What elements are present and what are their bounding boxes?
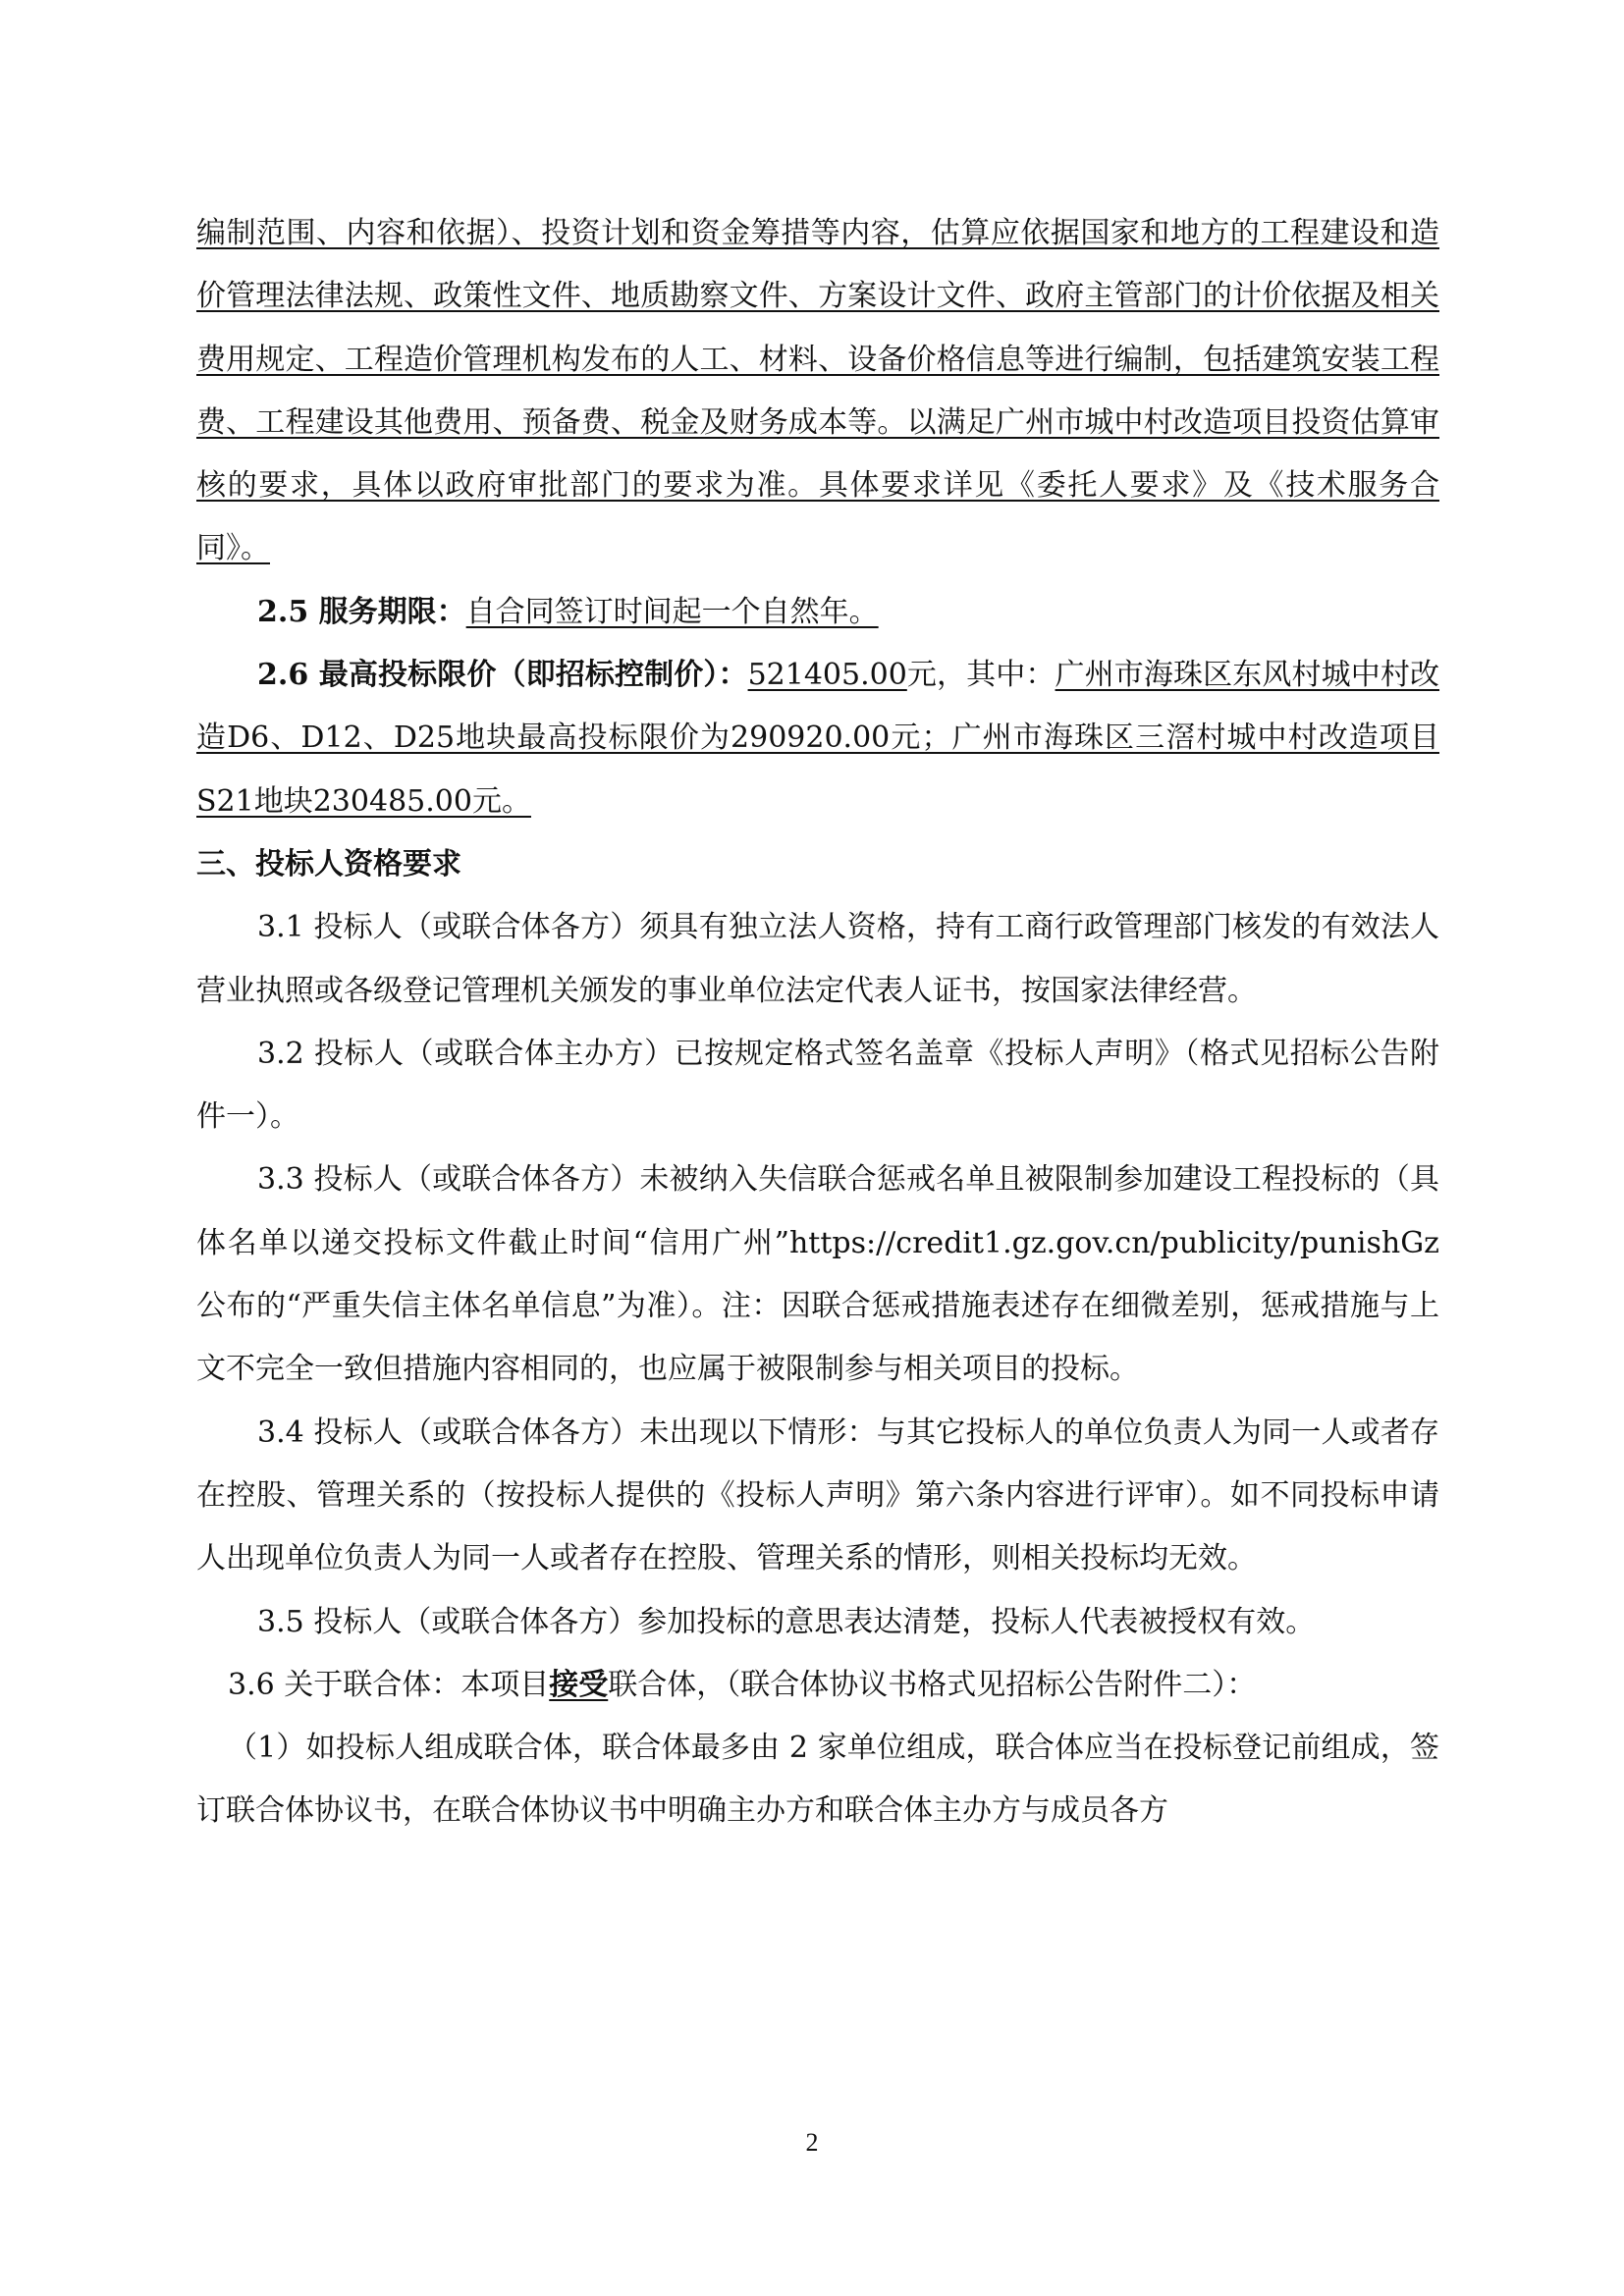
item-2-5: 2.5 服务期限：自合同签订时间起一个自然年。 bbox=[196, 581, 1439, 644]
document-page: 编制范围、内容和依据）、投资计划和资金筹措等内容，估算应依据国家和地方的工程建设… bbox=[196, 202, 1439, 1843]
section-3-heading: 三、投标人资格要求 bbox=[196, 833, 1439, 896]
item-3-3: 3.3 投标人（或联合体各方）未被纳入失信联合惩戒名单且被限制参加建设工程投标的… bbox=[196, 1148, 1439, 1401]
item-2-6-total: 521405.00 bbox=[748, 658, 907, 692]
paragraph-2-4-continuation: 编制范围、内容和依据）、投资计划和资金筹措等内容，估算应依据国家和地方的工程建设… bbox=[196, 202, 1439, 581]
item-3-2: 3.2 投标人（或联合体主办方）已按规定格式签名盖章《投标人声明》（格式见招标公… bbox=[196, 1023, 1439, 1149]
item-2-5-label: 2.5 服务期限： bbox=[257, 595, 466, 629]
item-3-6: 3.6 关于联合体：本项目接受联合体，（联合体协议书格式见招标公告附件二）： bbox=[196, 1654, 1439, 1717]
item-2-6-label: 2.6 最高投标限价（即招标控制价）： bbox=[257, 658, 748, 692]
item-3-5: 3.5 投标人（或联合体各方）参加投标的意思表达清楚，投标人代表被授权有效。 bbox=[196, 1591, 1439, 1654]
item-3-6-1: （1）如投标人组成联合体，联合体最多由 2 家单位组成，联合体应当在投标登记前组… bbox=[196, 1717, 1439, 1843]
item-3-6-emphasis: 接受 bbox=[549, 1668, 608, 1702]
item-2-5-value: 自合同签订时间起一个自然年。 bbox=[466, 595, 879, 629]
item-3-6-suffix: 联合体，（联合体协议书格式见招标公告附件二）： bbox=[608, 1668, 1256, 1702]
item-3-4: 3.4 投标人（或联合体各方）未出现以下情形：与其它投标人的单位负责人为同一人或… bbox=[196, 1402, 1439, 1591]
page-number: 2 bbox=[0, 2128, 1624, 2158]
item-3-1: 3.1 投标人（或联合体各方）须具有独立法人资格，持有工商行政管理部门核发的有效… bbox=[196, 896, 1439, 1023]
item-3-6-prefix: 3.6 关于联合体：本项目 bbox=[228, 1668, 549, 1702]
item-2-6-unit: 元，其中： bbox=[907, 658, 1056, 692]
item-2-6: 2.6 最高投标限价（即招标控制价）：521405.00元，其中：广州市海珠区东… bbox=[196, 644, 1439, 833]
